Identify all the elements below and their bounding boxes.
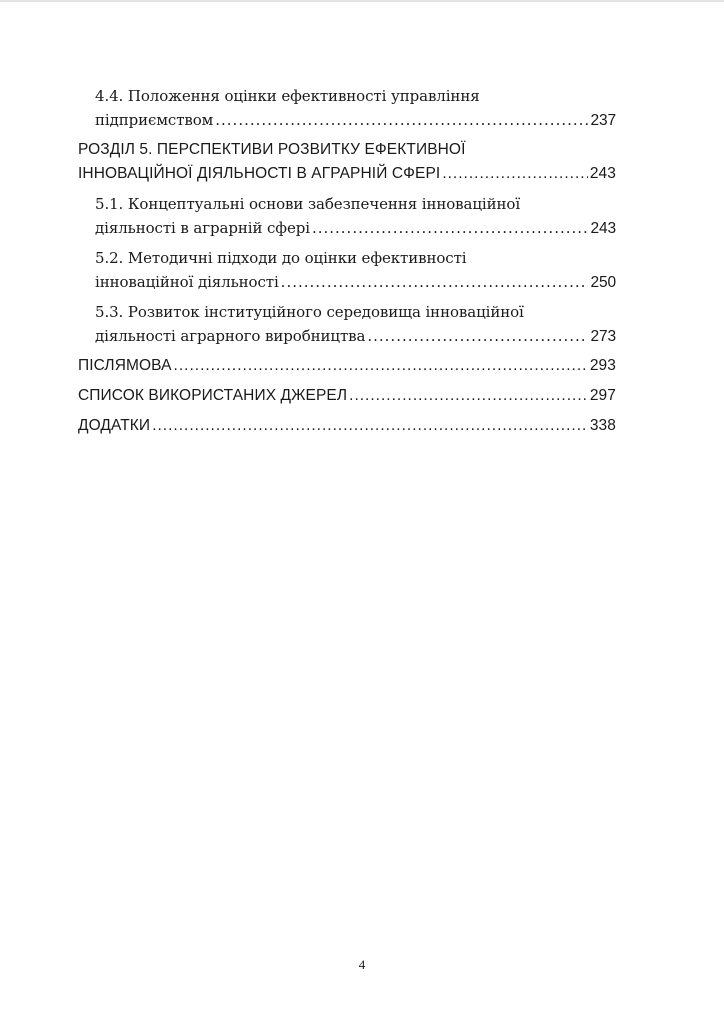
dot-leader [281,270,589,294]
toc-entry-references[interactable]: СПИСОК ВИКОРИСТАНИХ ДЖЕРЕЛ297 [78,384,616,408]
toc-entry-title-cont: ІННОВАЦІЙНОЇ ДІЯЛЬНОСТІ В АГРАРНІЙ СФЕРІ [78,162,440,186]
toc-entry-title-cont: діяльності аграрного виробництва [95,324,365,348]
toc-page-number: 293 [590,354,616,378]
toc-entry-chapter-5[interactable]: РОЗДІЛ 5. ПЕРСПЕКТИВИ РОЗВИТКУ ЕФЕКТИВНО… [78,138,616,186]
page-top-border [0,0,724,2]
toc-page-number: 273 [590,325,616,349]
toc-entry-title: СПИСОК ВИКОРИСТАНИХ ДЖЕРЕЛ [78,384,347,408]
toc-page-number: 237 [590,109,616,133]
dot-leader [152,414,588,438]
page-number: 4 [0,957,724,973]
toc-page-number: 243 [590,162,616,186]
toc-entry-title-cont: інноваційної діяльності [95,270,279,294]
dot-leader [349,384,588,408]
toc-entry-title-cont: підприємством [95,108,213,132]
toc-page-number: 338 [590,414,616,438]
toc-entry-title: 4.4. Положення оцінки ефективності управ… [95,84,480,108]
toc-page-number: 297 [590,384,616,408]
toc-entry-title: 5.3. Розвиток інституційного середовища … [95,300,524,324]
dot-leader [174,354,588,378]
toc-entry-5-3[interactable]: 5.3. Розвиток інституційного середовища … [78,300,616,348]
toc-entry-4-4[interactable]: 4.4. Положення оцінки ефективності управ… [78,84,616,132]
toc-entry-title: ДОДАТКИ [78,414,150,438]
toc-entry-title-cont: діяльності в аграрній сфері [95,216,310,240]
toc-page-number: 243 [590,217,616,241]
toc-entry-title: 5.1. Концептуальні основи забезпечення і… [95,192,520,216]
dot-leader [215,108,588,132]
toc-entry-5-2[interactable]: 5.2. Методичні підходи до оцінки ефектив… [78,246,616,294]
dot-leader [367,324,588,348]
table-of-contents: 4.4. Положення оцінки ефективності управ… [78,84,616,444]
toc-page-number: 250 [590,271,616,295]
dot-leader [312,216,589,240]
toc-entry-5-1[interactable]: 5.1. Концептуальні основи забезпечення і… [78,192,616,240]
toc-entry-title: РОЗДІЛ 5. ПЕРСПЕКТИВИ РОЗВИТКУ ЕФЕКТИВНО… [78,138,465,162]
toc-entry-title: ПІСЛЯМОВА [78,354,172,378]
dot-leader [442,162,588,186]
toc-entry-title: 5.2. Методичні підходи до оцінки ефектив… [95,246,466,270]
toc-entry-appendices[interactable]: ДОДАТКИ338 [78,414,616,438]
toc-entry-afterword[interactable]: ПІСЛЯМОВА293 [78,354,616,378]
